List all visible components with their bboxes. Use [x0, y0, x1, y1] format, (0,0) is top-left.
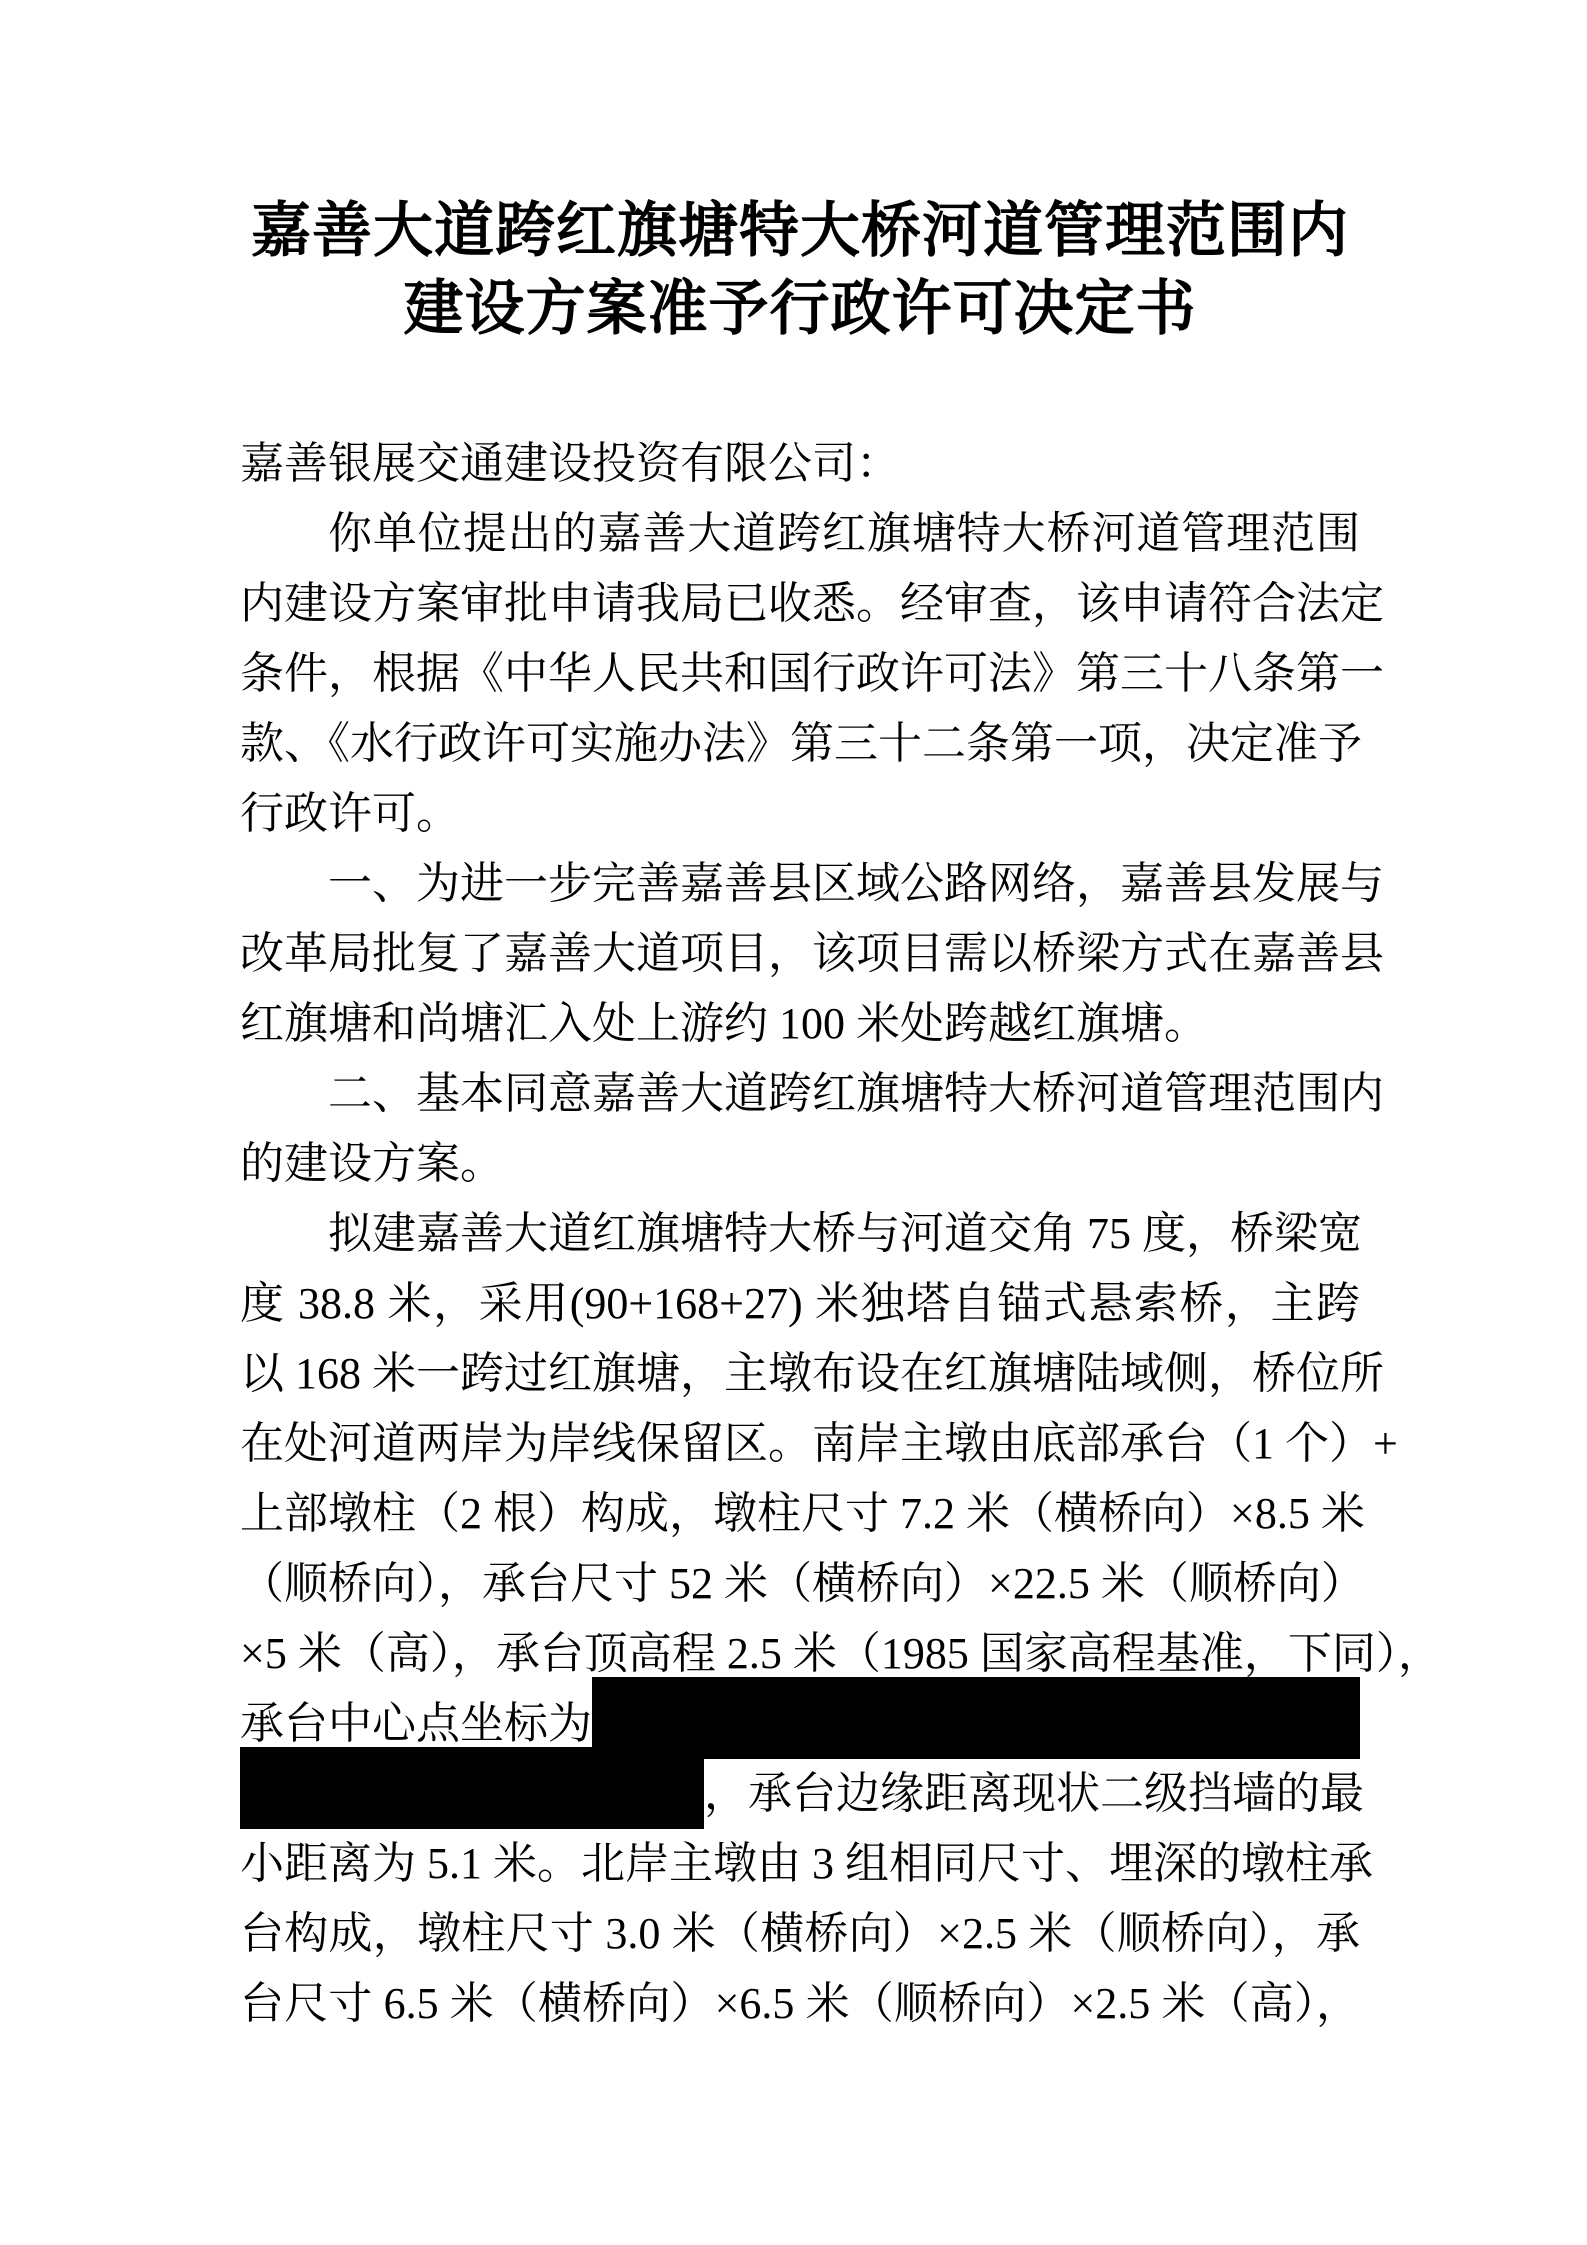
text-line: 改革局批复了嘉善大道项目，该项目需以桥梁方式在嘉善县 — [240, 919, 1360, 989]
document-page: 嘉善大道跨红旗塘特大桥河道管理范围内 建设方案准予行政许可决定书 嘉善银展交通建… — [0, 0, 1587, 2245]
text-line: 度 38.8 米，采用(90+168+27) 米独塔自锚式悬索桥，主跨 — [240, 1269, 1360, 1339]
redacted-text-line: ，承台边缘距离现状二级挡墙的最 — [240, 1759, 1360, 1829]
document-content: 嘉善大道跨红旗塘特大桥河道管理范围内 建设方案准予行政许可决定书 嘉善银展交通建… — [0, 0, 1587, 2039]
text-line: 上部墩柱（2 根）构成，墩柱尺寸 7.2 米（横桥向）×8.5 米 — [240, 1479, 1360, 1549]
text-line: 在处河道两岸为岸线保留区。南岸主墩由底部承台（1 个）+ — [240, 1409, 1360, 1479]
text-line: 一、为进一步完善嘉善县区域公路网络，嘉善县发展与 — [240, 849, 1360, 919]
text-line: 内建设方案审批申请我局已收悉。经审查，该申请符合法定 — [240, 569, 1360, 639]
text-run: ，承台边缘距离现状二级挡墙的最 — [704, 1759, 1364, 1829]
redaction-box-1 — [592, 1677, 1360, 1759]
text-line: 你单位提出的嘉善大道跨红旗塘特大桥河道管理范围 — [240, 499, 1360, 569]
document-body: 嘉善银展交通建设投资有限公司： 你单位提出的嘉善大道跨红旗塘特大桥河道管理范围 … — [240, 429, 1360, 2039]
text-line: 台构成，墩柱尺寸 3.0 米（横桥向）×2.5 米（顺桥向），承 — [240, 1899, 1360, 1969]
text-line: 拟建嘉善大道红旗塘特大桥与河道交角 75 度，桥梁宽 — [240, 1199, 1360, 1269]
salutation-line: 嘉善银展交通建设投资有限公司： — [240, 429, 1360, 499]
title-line-2: 建设方案准予行政许可决定书 — [240, 270, 1360, 348]
text-line: 行政许可。 — [240, 779, 1360, 849]
text-line: 的建设方案。 — [240, 1129, 1360, 1199]
document-title: 嘉善大道跨红旗塘特大桥河道管理范围内 建设方案准予行政许可决定书 — [240, 192, 1360, 348]
text-line: 红旗塘和尚塘汇入处上游约 100 米处跨越红旗塘。 — [240, 989, 1360, 1059]
text-line: 二、基本同意嘉善大道跨红旗塘特大桥河道管理范围内 — [240, 1059, 1360, 1129]
redaction-box-2 — [240, 1747, 704, 1829]
text-line: 台尺寸 6.5 米（横桥向）×6.5 米（顺桥向）×2.5 米（高）， — [240, 1969, 1360, 2039]
title-line-1: 嘉善大道跨红旗塘特大桥河道管理范围内 — [240, 192, 1360, 270]
text-line: 款、《水行政许可实施办法》第三十二条第一项，决定准予 — [240, 709, 1360, 779]
text-line: （顺桥向），承台尺寸 52 米（横桥向）×22.5 米（顺桥向） — [240, 1549, 1360, 1619]
text-line: 条件，根据《中华人民共和国行政许可法》第三十八条第一 — [240, 639, 1360, 709]
text-line: 小距离为 5.1 米。北岸主墩由 3 组相同尺寸、埋深的墩柱承 — [240, 1829, 1360, 1899]
text-line: 以 168 米一跨过红旗塘，主墩布设在红旗塘陆域侧，桥位所 — [240, 1339, 1360, 1409]
